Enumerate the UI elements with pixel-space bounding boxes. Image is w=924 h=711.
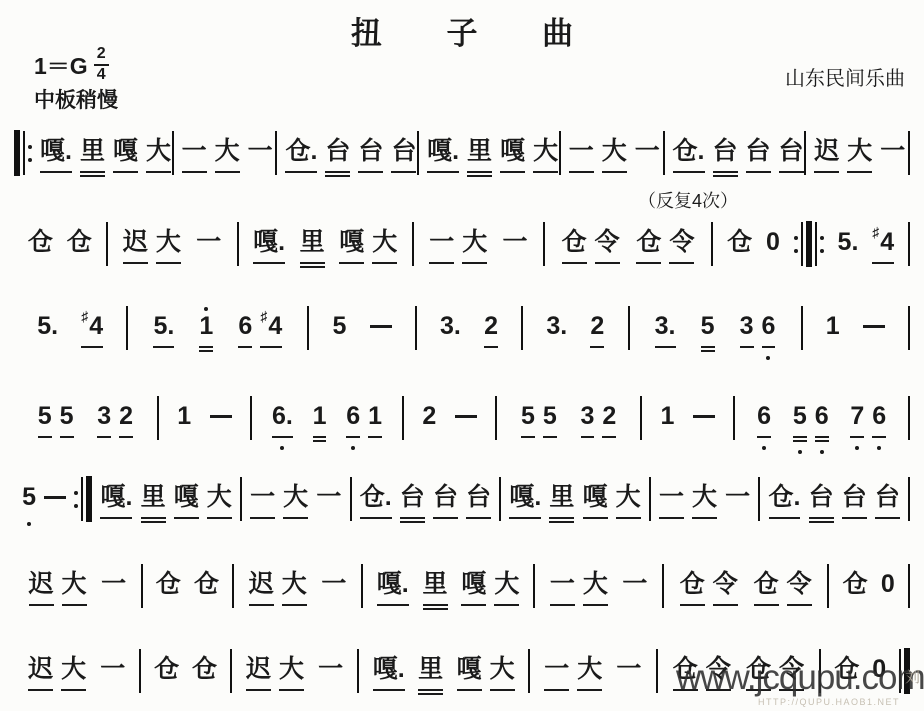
beam-group: 台台 (354, 127, 420, 173)
note-glyph-row: 里 (418, 654, 443, 686)
note-token: 仓 (839, 560, 872, 601)
note-token: 大 (368, 218, 401, 264)
note-token: 5 (789, 392, 811, 454)
note-token: 大 (279, 473, 312, 519)
note-token (40, 473, 70, 514)
measure: 一大一 (651, 473, 759, 519)
beam-group: 5. (149, 302, 178, 348)
note-glyph-row: 大 (533, 136, 558, 168)
note-glyph-row: 台 (746, 136, 771, 168)
note-glyph: 嘎 (339, 227, 364, 257)
note-token: 迟 (119, 218, 152, 264)
note-token: 5 (34, 392, 56, 438)
note-glyph-row: 6 (762, 311, 776, 343)
beam-underline (253, 262, 285, 264)
beam-underline (544, 689, 569, 691)
note-token: 一 (565, 127, 598, 173)
low-octave-row (351, 438, 355, 450)
note-glyph-row: 大 (215, 136, 240, 168)
measure: 仓仓 (14, 218, 106, 259)
beam-underline (40, 171, 72, 173)
note-token: 仓 (632, 218, 665, 264)
note-token: 迟 (25, 560, 58, 606)
octave-dot (877, 446, 881, 450)
beam-group: 76 (846, 392, 890, 450)
note-glyph-row: 仓 (67, 227, 92, 259)
note-glyph-row: 1 (661, 401, 675, 433)
beam-underline (199, 350, 213, 352)
measure: 1 (159, 392, 250, 433)
note-glyph-row: 一 (725, 482, 750, 514)
note-glyph: 3. (440, 311, 461, 341)
beam-underline (636, 262, 661, 264)
note-glyph: 一 (544, 654, 569, 684)
score-line: 5嘎.里嘎大一大一仓.台台台嘎.里嘎大一大一仓.台台台 (14, 473, 910, 526)
duration-dash (210, 415, 232, 418)
note-glyph-row: 台 (400, 482, 425, 514)
note-token: 里 (137, 473, 170, 523)
note-token: 台 (871, 473, 904, 519)
note-token: 台 (805, 473, 838, 523)
beam-underline (713, 171, 738, 173)
note-token: 仓. (281, 127, 321, 173)
beam-group: 1 (195, 302, 217, 352)
note-glyph-row: 里 (423, 569, 448, 601)
note-token: 大 (278, 560, 311, 606)
note-glyph-row: 一 (544, 654, 569, 686)
tempo-marking: 中板稍慢 (34, 84, 118, 114)
note-glyph-row: 大 (847, 136, 872, 168)
note-glyph-row: 5 (521, 401, 535, 433)
beam-group: 台台 (742, 127, 808, 173)
note-glyph: 大 (616, 482, 641, 512)
note-token: 1 (657, 392, 679, 433)
note-glyph-row: 一 (569, 136, 594, 168)
note-token: 大 (458, 218, 491, 264)
beam-group: 一大 (655, 473, 721, 519)
note-glyph-row (44, 482, 66, 514)
note-glyph-row: 嘎. (40, 136, 72, 168)
beam-underline (549, 517, 574, 519)
note-glyph: 令 (713, 569, 738, 599)
note-glyph-row: 一 (503, 227, 528, 259)
measure: 迟大一 (108, 218, 237, 264)
beam-underline (461, 604, 486, 606)
note-glyph: 嘎 (113, 136, 138, 166)
note-token: 6. (268, 392, 297, 450)
low-octave-row (798, 442, 802, 454)
beam-underline (746, 171, 771, 173)
note-glyph-row: 仓 (154, 654, 179, 686)
note-token: 一 (612, 645, 645, 686)
beam-group: 嘎. (423, 127, 463, 173)
beam-group: 台 (709, 127, 742, 177)
note-token: 嘎 (170, 473, 203, 519)
beam-group: 一 (876, 127, 909, 168)
note-token: 里 (76, 127, 109, 177)
note-glyph-row: 6 (815, 401, 829, 433)
beam-group: 32 (577, 392, 621, 438)
note-token: 仓 (723, 218, 756, 259)
beam-group: 一大 (425, 218, 491, 264)
score-line: 嘎.里嘎大一大一仓.台台台嘎.里嘎大一大一仓.台台台迟大一 (14, 127, 910, 177)
note-glyph: 5 (60, 401, 74, 431)
beam-underline (602, 171, 627, 173)
note-glyph-row: 迟 (28, 654, 53, 686)
note-token: 一 (876, 127, 909, 168)
beam-underline (433, 517, 458, 519)
beam-group: 仓 (63, 218, 96, 259)
note-glyph-row: ♯4 (81, 311, 103, 343)
note-token: 5 (517, 392, 539, 438)
beam-underline (809, 521, 834, 523)
note-glyph: 里 (418, 654, 443, 684)
note-glyph: 里 (300, 227, 325, 257)
repeat-annotation: （反复4次） (638, 187, 738, 213)
note-token: 令 (665, 218, 698, 264)
note-glyph-row: 仓 (194, 569, 219, 601)
note-glyph-row (863, 311, 885, 343)
note-glyph-row: 一 (622, 569, 647, 601)
note-glyph: 里 (423, 569, 448, 599)
note-glyph-row: 一 (250, 482, 275, 514)
note-token: 一 (499, 218, 532, 259)
note-token: 仓. (356, 473, 396, 519)
note-glyph: 4 (880, 227, 894, 257)
note-glyph: 仓 (192, 654, 217, 684)
note-glyph-row: 大 (156, 227, 181, 259)
beam-group: 5 (329, 302, 351, 343)
note-glyph-row: 里 (141, 482, 166, 514)
note-glyph-row: 一 (880, 136, 905, 168)
note-token: 3 (577, 392, 599, 438)
note-glyph: 大 (533, 136, 558, 166)
note-token: 台 (354, 127, 387, 173)
duration-dash (370, 325, 392, 328)
note-glyph: 台 (433, 482, 458, 512)
measure: 一大一 (530, 645, 655, 691)
beam-underline (238, 346, 252, 348)
beam-underline (146, 171, 171, 173)
beam-underline (339, 262, 364, 264)
note-glyph-row: 6 (346, 401, 360, 433)
note-token: 2 (586, 302, 608, 348)
beam-group: 嘎大 (496, 127, 562, 173)
note-token: 迟 (242, 645, 275, 691)
beam-group: 迟大 (810, 127, 876, 173)
note-token: 台 (321, 127, 354, 177)
note-glyph: 0 (881, 569, 895, 599)
note-glyph: 台 (746, 136, 771, 166)
note-token: 3 (93, 392, 115, 438)
note-glyph-row: 3. (440, 311, 461, 343)
note-glyph-row: 嘎. (373, 654, 405, 686)
note-token: 一 (192, 218, 225, 259)
note-glyph: 1 (313, 401, 327, 431)
note-token: 5. (33, 302, 62, 343)
note-glyph: 4 (268, 311, 282, 341)
note-glyph: 5 (701, 311, 715, 341)
note-glyph: 大 (847, 136, 872, 166)
note-token: 一 (178, 127, 211, 173)
note-glyph-row: 大 (207, 482, 232, 514)
note-token: 2 (598, 392, 620, 438)
repeat-dots (74, 477, 78, 521)
double-repeat-barline (794, 221, 824, 267)
note-glyph: 台 (779, 136, 804, 166)
note-glyph-row: 迟 (29, 569, 54, 601)
barline (908, 130, 910, 176)
beam-underline (577, 689, 602, 691)
note-glyph: 大 (146, 136, 171, 166)
beam-group: 嘎大 (109, 127, 175, 173)
beam-group: 嘎. (373, 560, 413, 606)
octave-dot (855, 446, 859, 450)
note-glyph: 5 (793, 401, 807, 431)
note-glyph: 台 (809, 482, 834, 512)
note-glyph-row: 大 (490, 654, 515, 686)
note-token: 令 (591, 218, 624, 264)
measure: 嘎.里嘎大 (363, 560, 533, 610)
note-glyph-row: 令 (669, 227, 694, 259)
barline-thin (81, 477, 83, 521)
note-token: 5 (329, 302, 351, 343)
note-glyph: 6 (757, 401, 771, 431)
beam-group: 0 (877, 560, 899, 601)
note-token: 一 (96, 645, 129, 686)
note-token: 里 (463, 127, 496, 177)
note-glyph-row: 1 (177, 401, 191, 433)
note-token: 一 (97, 560, 130, 601)
note-glyph: 0 (766, 227, 780, 257)
note-token: 台 (387, 127, 420, 173)
note-glyph: 1 (199, 311, 213, 341)
beam-group: 仓 (723, 218, 756, 259)
measure: 1 (642, 392, 733, 433)
note-glyph-row: 一 (316, 482, 341, 514)
measure: 一大一 (561, 127, 663, 173)
note-token: 大 (203, 473, 236, 519)
beam-underline (847, 171, 872, 173)
beam-group: 嘎. (96, 473, 136, 519)
note-token: 一 (721, 473, 754, 514)
note-glyph: 一 (569, 136, 594, 166)
octave-dot (794, 236, 798, 240)
note-glyph-row: 大 (616, 482, 641, 514)
note-glyph-row: 1 (826, 311, 840, 343)
beam-group: 台台 (838, 473, 904, 519)
note-token: 大 (490, 560, 523, 606)
beam-group: 3. (542, 302, 571, 343)
beam-group: 仓. (356, 473, 396, 519)
beam-group: 3. (436, 302, 465, 343)
note-glyph-row: ♯4 (872, 227, 894, 259)
note-glyph-row: 一 (196, 227, 221, 259)
note-glyph-row: 嘎. (253, 227, 285, 259)
note-token: 5. (834, 218, 863, 259)
beam-group: 一 (96, 645, 129, 686)
note-glyph-row: 嘎. (100, 482, 132, 514)
note-glyph: 2 (119, 401, 133, 431)
beam-group: 迟大 (242, 645, 308, 691)
note-glyph: 3. (546, 311, 567, 341)
beam-group: 嘎. (505, 473, 545, 519)
beam-underline (100, 517, 132, 519)
note-glyph: 里 (549, 482, 574, 512)
note-glyph: 台 (358, 136, 383, 166)
note-token: 里 (296, 218, 329, 268)
note-glyph: 5 (543, 401, 557, 431)
note-glyph-row: 3 (97, 401, 111, 433)
measure: 6.161 (252, 392, 402, 450)
note-glyph-row: 嘎 (583, 482, 608, 514)
note-glyph-row: 一 (616, 654, 641, 686)
measure: 5532 (497, 392, 640, 438)
note-glyph: 台 (875, 482, 900, 512)
note-glyph: 大 (283, 482, 308, 512)
note-glyph-row: 大 (692, 482, 717, 514)
note-glyph: 2 (602, 401, 616, 431)
octave-dot (351, 446, 355, 450)
beam-underline (659, 517, 684, 519)
beam-underline (462, 262, 487, 264)
octave-dot (280, 446, 284, 450)
octave-dot (762, 446, 766, 450)
beam-underline (80, 171, 105, 173)
note-token: 2 (115, 392, 137, 438)
barline (908, 395, 910, 441)
beam-group: 嘎大 (579, 473, 645, 519)
barline-thin (908, 222, 910, 266)
beam-group: 台 (805, 473, 838, 523)
beam-underline (457, 689, 482, 691)
measure: 迟大一 (232, 645, 357, 691)
note-glyph: 一 (101, 569, 126, 599)
note-glyph: 嘎 (500, 136, 525, 166)
note-glyph-row: 3 (740, 311, 754, 343)
note-glyph-row: 5. (153, 311, 174, 343)
meter-numerator: 2 (94, 46, 109, 66)
key-label: 1＝G (34, 48, 88, 81)
beam-underline (250, 517, 275, 519)
note-glyph-row: 令 (713, 569, 738, 601)
beam-underline (509, 517, 541, 519)
low-octave-row (877, 438, 881, 450)
measure: 5 (14, 473, 74, 526)
beam-group: 32 (93, 392, 137, 438)
note-glyph-row: 嘎 (461, 569, 486, 601)
measure: 5.♯4 (824, 218, 908, 264)
note-token: 仓 (750, 560, 783, 606)
beam-group: 仓令 (632, 218, 698, 264)
beam-underline (153, 346, 174, 348)
note-glyph: 3 (97, 401, 111, 431)
note-glyph: 一 (659, 482, 684, 512)
note-glyph: 大 (282, 569, 307, 599)
note-glyph-row (370, 311, 392, 343)
measure: 嘎.里嘎大 (501, 473, 649, 523)
sharp-icon: ♯ (260, 309, 267, 323)
beam-group: 里 (414, 645, 447, 695)
note-glyph: 令 (787, 569, 812, 599)
beam-underline (590, 346, 604, 348)
note-glyph: 一 (321, 569, 346, 599)
note-glyph-row: 0 (766, 227, 780, 259)
beam-group: 仓. (669, 127, 709, 173)
watermark-text: www.jcqupu.com (676, 658, 924, 698)
barline-thin (23, 131, 25, 175)
watermark-url-small: HTTP://QUPU.HAOB1.NET (758, 697, 900, 707)
barline-thick (14, 130, 20, 176)
beam-group: 里 (137, 473, 170, 523)
note-glyph: 一 (429, 227, 454, 257)
barline-thin (801, 222, 803, 266)
measure: 仓仓 (141, 645, 230, 686)
note-token: 大 (688, 473, 721, 519)
note-glyph: 台 (325, 136, 350, 166)
beam-group: 仓 (188, 645, 221, 686)
note-glyph: 嘎. (40, 136, 72, 166)
note-glyph-row (693, 401, 715, 433)
note-glyph-row: 仓 (192, 654, 217, 686)
note-glyph: 嘎 (457, 654, 482, 684)
note-token: 1 (173, 392, 195, 433)
note-token: 6 (868, 392, 890, 450)
note-token: 5 (18, 473, 40, 526)
note-glyph: 台 (842, 482, 867, 512)
beam-group: 一 (192, 218, 225, 259)
beam-underline (28, 689, 53, 691)
note-glyph: 7 (850, 401, 864, 431)
note-glyph: 大 (372, 227, 397, 257)
page-title: 扭 子 曲 (0, 8, 924, 53)
beam-group: 3. (651, 302, 680, 348)
beam-underline (549, 521, 574, 523)
note-token: 2 (418, 392, 440, 433)
measure: 仓.台台台 (352, 473, 500, 523)
note-token: 5. (149, 302, 178, 348)
note-glyph: 嘎 (461, 569, 486, 599)
beam-group: 5. (834, 218, 863, 259)
measure: 65676 (735, 392, 908, 454)
beam-group: 一大 (178, 127, 244, 173)
beam-group: 5 (18, 473, 40, 526)
note-token: 迟 (245, 560, 278, 606)
note-glyph-row: 迟 (814, 136, 839, 168)
barline (908, 476, 910, 522)
note-glyph-row: 6 (238, 311, 252, 343)
note-glyph: 大 (494, 569, 519, 599)
beam-underline (701, 350, 715, 352)
note-token: 令 (783, 560, 816, 606)
note-glyph-row: 大 (283, 482, 308, 514)
note-glyph-row: 大 (372, 227, 397, 259)
beam-underline (123, 262, 148, 264)
beam-group: 55 (34, 392, 78, 438)
note-glyph: 一 (250, 482, 275, 512)
beam-group: 嘎. (36, 127, 76, 173)
beam-group: 里 (463, 127, 496, 177)
note-glyph-row: 迟 (249, 569, 274, 601)
note-glyph: 迟 (29, 569, 54, 599)
note-glyph: 大 (207, 482, 232, 512)
note-glyph-row: 令 (787, 569, 812, 601)
note-token: 台 (429, 473, 462, 519)
note-glyph-row: 台 (842, 482, 867, 514)
note-glyph: 2 (422, 401, 436, 431)
beam-underline (814, 171, 839, 173)
note-glyph-row: 7 (850, 401, 864, 433)
